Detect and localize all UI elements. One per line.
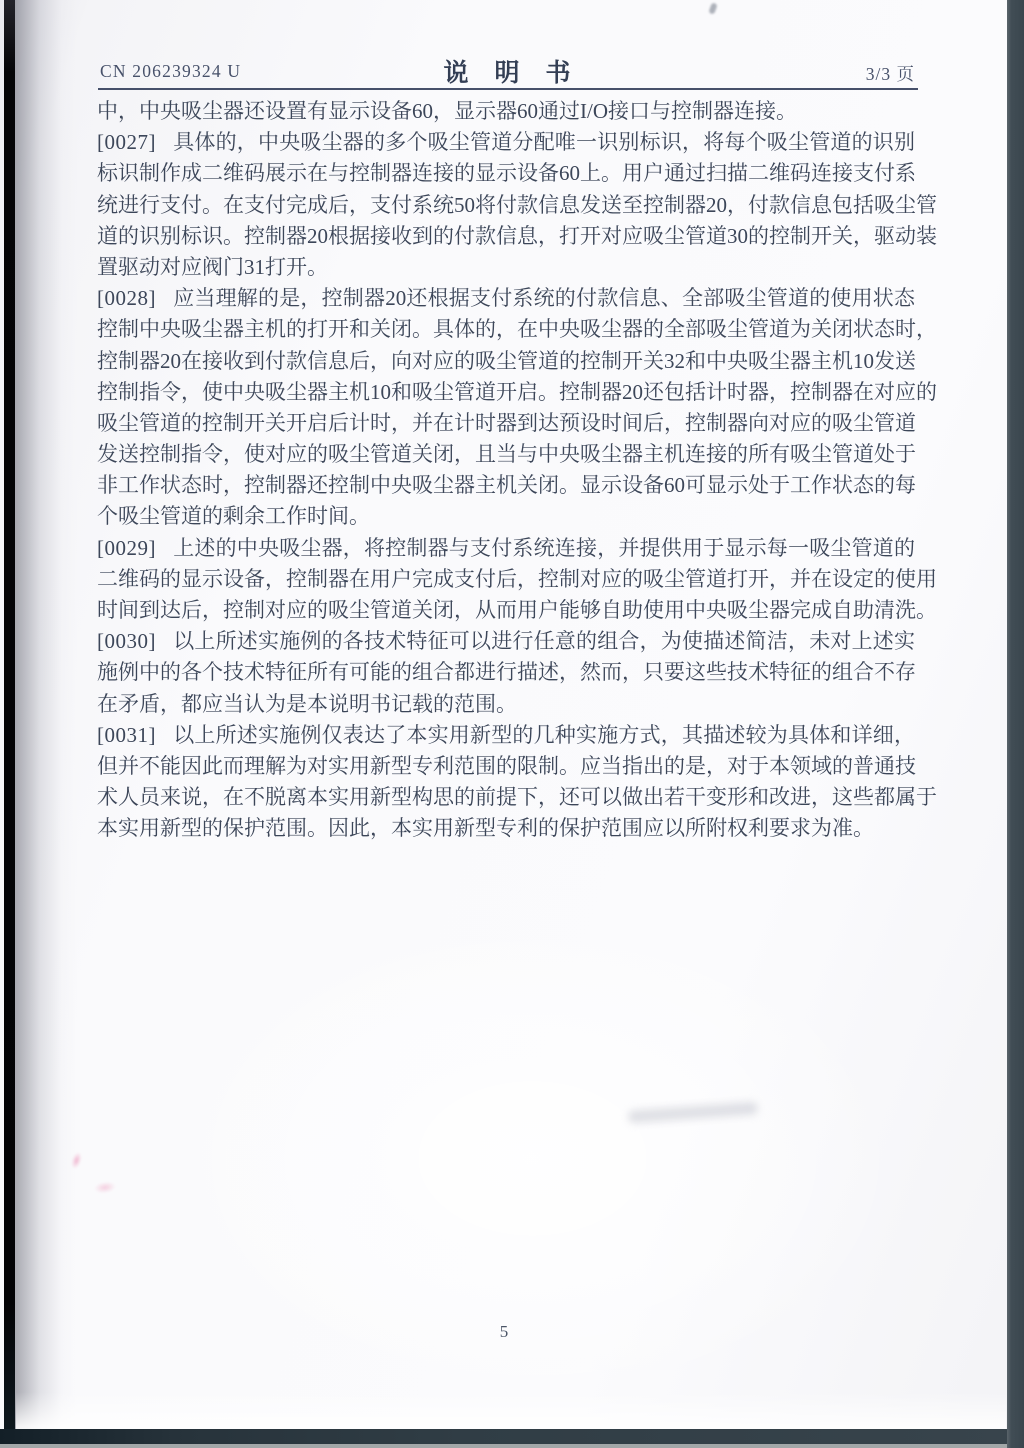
header-rule <box>98 88 918 90</box>
body-text: 中，中央吸尘器还设置有显示设备60，显示器60通过I/O接口与控制器连接。[00… <box>97 96 915 845</box>
text-line: [0029]上述的中央吸尘器，将控制器与支付系统连接，并提供用于显示每一吸尘管道… <box>97 533 915 564</box>
paragraph-tag: [0031] <box>97 723 156 747</box>
text-line: 控制中央吸尘器主机的打开和关闭。具体的，在中央吸尘器的全部吸尘管道为关闭状态时， <box>97 314 915 345</box>
text-line: 吸尘管道的控制开关开启后计时，并在计时器到达预设时间后，控制器向对应的吸尘管道 <box>97 408 915 439</box>
text-line: 控制器20在接收到付款信息后，向对应的吸尘管道的控制开关32和中央吸尘器主机10… <box>97 346 915 377</box>
paragraph-text: 应当理解的是，控制器20还根据支付系统的付款信息、全部吸尘管道的使用状态 <box>173 286 915 310</box>
gray-smear-mark <box>628 1101 759 1123</box>
bottom-scan-edge <box>0 1429 1024 1445</box>
paragraph-tag: [0028] <box>97 286 156 310</box>
paragraph: [0028]应当理解的是，控制器20还根据支付系统的付款信息、全部吸尘管道的使用… <box>97 283 915 533</box>
paragraph: [0027]具体的，中央吸尘器的多个吸尘管道分配唯一识别标识，将每个吸尘管道的识… <box>97 127 915 283</box>
text-line: 非工作状态时，控制器还控制中央吸尘器主机关闭。显示设备60可显示处于工作状态的每 <box>97 470 915 501</box>
page-number: 5 <box>0 1322 1008 1342</box>
page-indicator: 3/3 页 <box>97 61 915 86</box>
text-line: 发送控制指令，使对应的吸尘管道关闭，且当与中央吸尘器主机连接的所有吸尘管道处于 <box>97 439 915 470</box>
right-scan-edge <box>1007 0 1024 1448</box>
text-line: 术人员来说，在不脱离本实用新型构思的前提下，还可以做出若干变形和改进，这些都属于 <box>97 782 915 813</box>
bottom-page-edge-glow <box>16 1392 1006 1430</box>
text-line: 二维码的显示设备，控制器在用户完成支付后，控制对应的吸尘管道打开，并在设定的使用 <box>97 564 915 595</box>
text-line: 本实用新型的保护范围。因此，本实用新型专利的保护范围应以所附权利要求为准。 <box>97 813 915 844</box>
paragraph-tag: [0029] <box>97 536 156 560</box>
text-line: 置驱动对应阀门31打开。 <box>97 252 915 283</box>
paragraph-text: 以上所述实施例的各技术特征可以进行任意的组合，为使描述简洁，未对上述实 <box>173 629 915 653</box>
paragraph: [0030]以上所述实施例的各技术特征可以进行任意的组合，为使描述简洁，未对上述… <box>97 626 915 720</box>
text-line: [0030]以上所述实施例的各技术特征可以进行任意的组合，为使描述简洁，未对上述… <box>97 626 915 657</box>
paragraph-tag: [0027] <box>97 130 156 154</box>
text-line: [0027]具体的，中央吸尘器的多个吸尘管道分配唯一识别标识，将每个吸尘管道的识… <box>97 127 915 158</box>
top-ink-speck <box>708 2 717 14</box>
text-line: 道的识别标识。控制器20根据接收到的付款信息，打开对应吸尘管道30的控制开关，驱… <box>97 221 915 252</box>
text-line: 施例中的各个技术特征所有可能的组合都进行描述，然而，只要这些技术特征的组合不存 <box>97 657 915 688</box>
text-line: 统进行支付。在支付完成后，支付系统50将付款信息发送至控制器20，付款信息包括吸… <box>97 190 915 221</box>
bottom-scan-rim <box>0 1444 1024 1448</box>
paragraph-text: 具体的，中央吸尘器的多个吸尘管道分配唯一识别标识，将每个吸尘管道的识别 <box>173 130 915 154</box>
text-line: 在矛盾，都应当认为是本说明书记载的范围。 <box>97 689 915 720</box>
text-line: 中，中央吸尘器还设置有显示设备60，显示器60通过I/O接口与控制器连接。 <box>97 96 915 127</box>
text-line: [0028]应当理解的是，控制器20还根据支付系统的付款信息、全部吸尘管道的使用… <box>97 283 915 314</box>
text-line: 标识制作成二维码展示在与控制器连接的显示设备60上。用户通过扫描二维码连接支付系 <box>97 158 915 189</box>
text-line: [0031]以上所述实施例仅表达了本实用新型的几种实施方式，其描述较为具体和详细… <box>97 720 915 751</box>
text-line: 个吸尘管道的剩余工作时间。 <box>97 501 915 532</box>
paragraph: [0029]上述的中央吸尘器，将控制器与支付系统连接，并提供用于显示每一吸尘管道… <box>97 533 915 627</box>
text-line: 但并不能因此而理解为对实用新型专利范围的限制。应当指出的是，对于本领域的普通技 <box>97 751 915 782</box>
scanned-patent-page: CN 206239324 U 说明书 3/3 页 中，中央吸尘器还设置有显示设备… <box>0 0 1024 1448</box>
left-binding-shadow <box>15 0 77 1448</box>
paragraph-text: 上述的中央吸尘器，将控制器与支付系统连接，并提供用于显示每一吸尘管道的 <box>173 536 915 560</box>
text-line: 控制指令，使中央吸尘器主机10和吸尘管道开启。控制器20还包括计时器，控制器在对… <box>97 377 915 408</box>
paragraph: [0031]以上所述实施例仅表达了本实用新型的几种实施方式，其描述较为具体和详细… <box>97 720 915 845</box>
pink-smudge-mark <box>93 1181 116 1195</box>
text-line: 时间到达后，控制对应的吸尘管道关闭，从而用户能够自助使用中央吸尘器完成自助清洗。 <box>97 595 915 626</box>
paragraph-tag: [0030] <box>97 629 156 653</box>
paragraph-text: 以上所述实施例仅表达了本实用新型的几种实施方式，其描述较为具体和详细， <box>173 723 915 747</box>
left-binding-edge <box>4 0 15 1448</box>
